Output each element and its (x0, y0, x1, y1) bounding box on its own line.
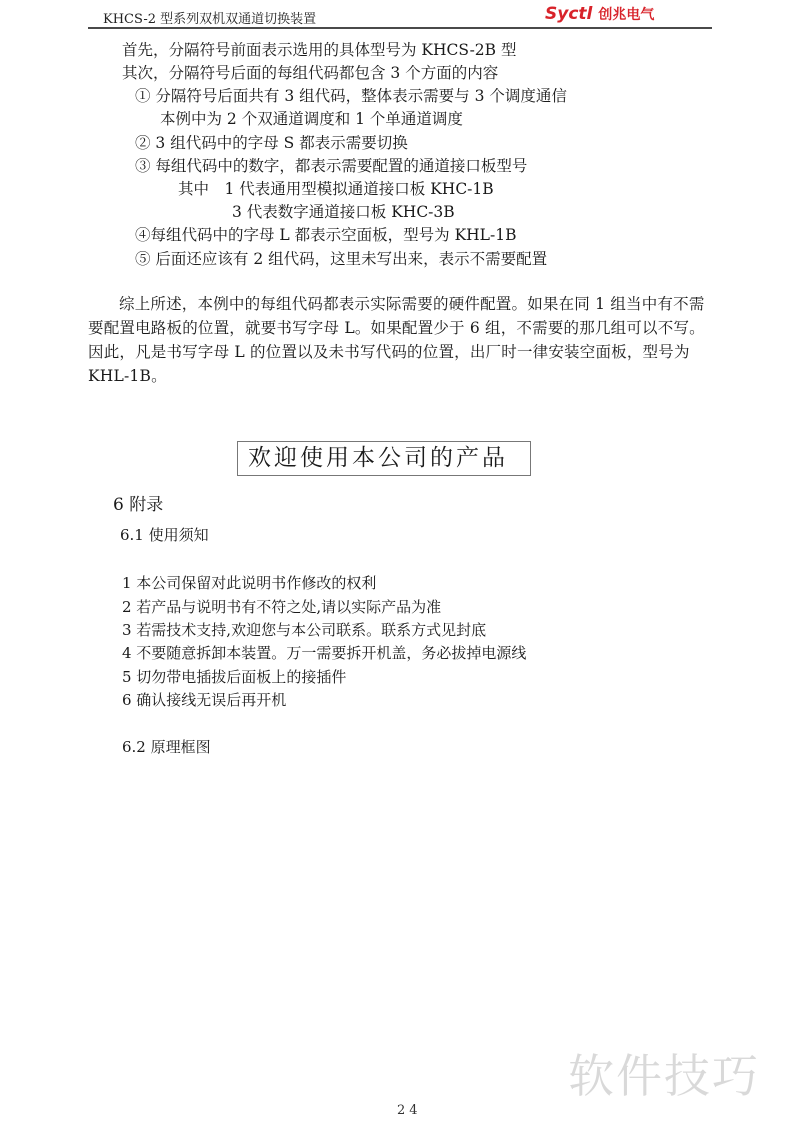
point-1-detail: 本例中为 2 个双通道调度和 1 个单通道调度 (160, 108, 463, 131)
intro-line-2: 其次，分隔符号后面的每组代码都包含 3 个方面的内容 (122, 62, 498, 85)
notice-item: 1 本公司保留对此说明书作修改的权利 (122, 572, 376, 593)
notice-item: 2 若产品与说明书有不符之处,请以实际产品为准 (122, 596, 441, 617)
welcome-banner: 欢迎使用本公司的产品 (237, 441, 531, 476)
point-4: ④每组代码中的字母 L 都表示空面板，型号为 KHL-1B (135, 224, 516, 247)
notice-item: 6 确认接线无误后再开机 (122, 689, 286, 710)
point-1: ① 分隔符号后面共有 3 组代码，整体表示需要与 3 个调度通信 (135, 85, 567, 108)
brand-latin-text: Syctl (545, 4, 592, 24)
point-5: ⑤ 后面还应该有 2 组代码，这里未写出来，表示不需要配置 (135, 248, 547, 271)
subsection-heading-block-diagram: 6.2 原理框图 (122, 736, 211, 757)
notice-item: 5 切勿带电插拔后面板上的接插件 (122, 666, 346, 687)
page-number: 24 (397, 1103, 422, 1118)
section-heading-appendix: 6 附录 (113, 490, 163, 515)
point-3-item-1: 其中 1 代表通用型模拟通道接口板 KHC-1B (178, 178, 494, 201)
point-3: ③ 每组代码中的数字，都表示需要配置的通道接口板型号 (135, 155, 527, 178)
subsection-heading-usage-notes: 6.1 使用须知 (120, 524, 209, 545)
summary-paragraph: 综上所述，本例中的每组代码都表示实际需要的硬件配置。如果在同 1 组当中有不需要… (88, 292, 713, 388)
brand-chinese-text: 创兆电气 (598, 7, 654, 23)
brand-logo: Syctl创兆电气 (545, 4, 654, 24)
header-rule (88, 27, 712, 29)
point-2: ② 3 组代码中的字母 S 都表示需要切换 (135, 132, 408, 155)
point-3-item-3: 3 代表数字通道接口板 KHC-3B (232, 201, 455, 224)
intro-line-1: 首先，分隔符号前面表示选用的具体型号为 KHCS-2B 型 (122, 39, 517, 62)
document-header-title: KHCS-2 型系列双机双通道切换装置 (103, 8, 316, 27)
notice-item: 4 不要随意拆卸本装置。万一需要拆开机盖，务必拔掉电源线 (122, 642, 526, 663)
watermark-text: 软件技巧 (568, 1040, 760, 1106)
notice-item: 3 若需技术支持,欢迎您与本公司联系。联系方式见封底 (122, 619, 486, 640)
